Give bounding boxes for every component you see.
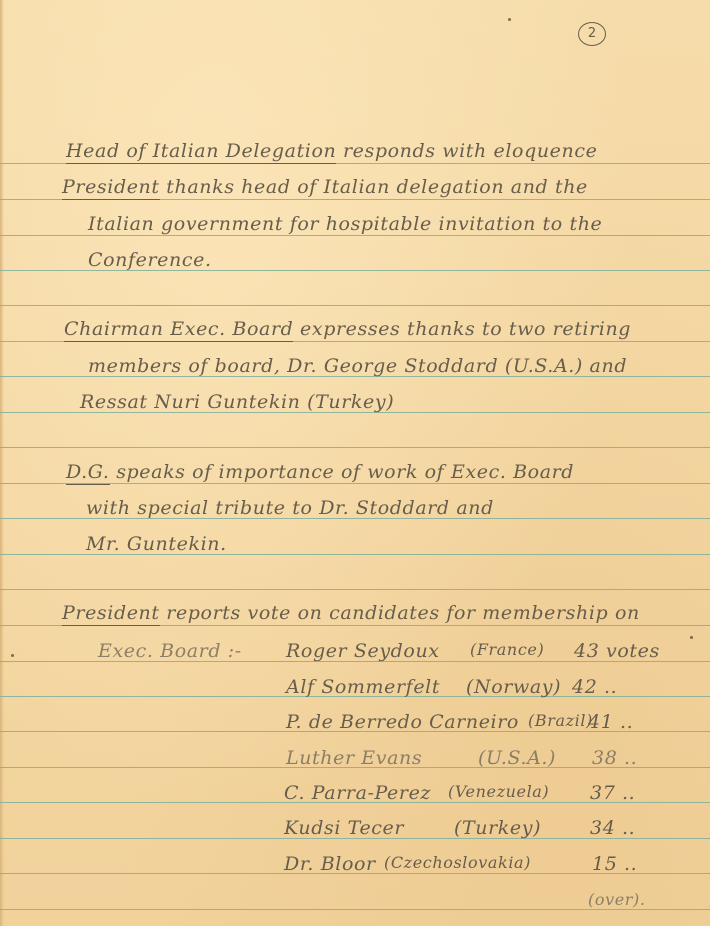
candidate-country: (Norway) — [466, 678, 561, 697]
candidate-votes: 15 .. — [592, 855, 637, 874]
paragraph-chairman-line-3: Ressat Nuri Guntekin (Turkey) — [80, 393, 394, 412]
speaker-label: Chairman Exec. Board — [64, 318, 293, 342]
candidate-country: (Turkey) — [454, 819, 541, 838]
ruled-line — [0, 909, 710, 910]
candidate-country: (Brazil) — [528, 713, 593, 729]
candidate-country: (U.S.A.) — [478, 749, 556, 768]
ruled-line — [0, 447, 710, 448]
paragraph-president-vote-line-2: Exec. Board :- — [98, 642, 242, 661]
continued-over-note: (over). — [588, 892, 646, 908]
paragraph-president-vote-line-1: President reports vote on candidates for… — [62, 604, 640, 623]
paper-speck — [11, 654, 14, 657]
paragraph-dg-line-3: Mr. Guntekin. — [86, 535, 227, 554]
line-text: expresses thanks to two retiring — [300, 318, 631, 340]
candidate-votes: 38 .. — [592, 749, 637, 768]
candidate-votes: 42 .. — [572, 678, 617, 697]
candidate-country: (Czechoslovakia) — [384, 855, 531, 871]
line-text: responds with eloquence — [343, 140, 597, 162]
line-text: reports vote on candidates for membershi… — [166, 602, 640, 624]
candidate-name: Luther Evans — [286, 749, 422, 768]
speaker-label: Head of Italian Delegation — [66, 140, 336, 164]
candidate-name: Kudsi Tecer — [284, 819, 404, 838]
paragraph-italian-delegation-line-2: President thanks head of Italian delegat… — [62, 178, 588, 197]
paper-speck — [690, 636, 693, 639]
page-number-circle: 2 — [578, 22, 606, 46]
paragraph-italian-delegation-line-4: Conference. — [88, 251, 212, 270]
candidate-votes: 41 .. — [588, 713, 633, 732]
candidate-votes: 43 votes — [574, 642, 660, 661]
candidate-name: Alf Sommerfelt — [286, 678, 440, 697]
paragraph-dg-line-1: D.G. speaks of importance of work of Exe… — [66, 463, 574, 482]
candidate-country: (France) — [470, 642, 544, 658]
speaker-label: President — [62, 602, 160, 626]
paper-speck — [508, 18, 511, 21]
candidate-name: Dr. Bloor — [284, 855, 376, 874]
speaker-label: D.G. — [66, 461, 110, 485]
speaker-label: President — [62, 176, 160, 200]
candidate-country: (Venezuela) — [448, 784, 549, 800]
paragraph-chairman-line-2: members of board, Dr. George Stoddard (U… — [88, 357, 627, 376]
ruled-line — [0, 305, 710, 306]
paragraph-italian-delegation-line-3: Italian government for hospitable invita… — [88, 215, 602, 234]
candidate-votes: 34 .. — [590, 819, 635, 838]
paragraph-italian-delegation-line-1: Head of Italian Delegation responds with… — [66, 142, 597, 161]
paragraph-dg-line-2: with special tribute to Dr. Stoddard and — [86, 499, 494, 518]
paragraph-chairman-line-1: Chairman Exec. Board expresses thanks to… — [64, 320, 631, 339]
ruled-line — [0, 235, 710, 236]
line-text: thanks head of Italian delegation and th… — [166, 176, 588, 198]
line-text: speaks of importance of work of Exec. Bo… — [116, 461, 574, 483]
handwritten-notes-page: 2 Head of Italian Delegation responds wi… — [0, 0, 710, 926]
candidate-name: P. de Berredo Carneiro — [286, 713, 519, 732]
candidate-name: C. Parra-Perez — [284, 784, 431, 803]
candidate-name: Roger Seydoux — [286, 642, 440, 661]
ruled-line — [0, 589, 710, 590]
paper-edge-shadow — [0, 0, 4, 926]
candidate-votes: 37 .. — [590, 784, 635, 803]
